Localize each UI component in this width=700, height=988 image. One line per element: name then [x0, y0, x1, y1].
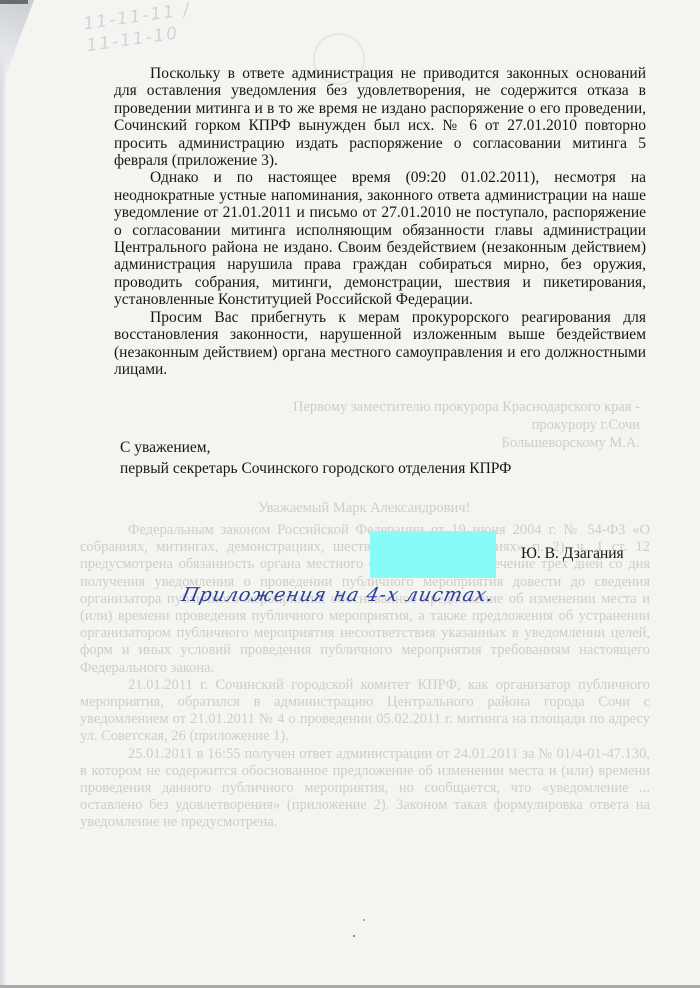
paragraph-1: Поскольку в ответе администрация не прив… [114, 65, 646, 169]
signer-title: первый секретарь Сочинского городского о… [120, 458, 511, 479]
bleed-address-line: Первому заместителю прокурора Краснодарс… [230, 398, 640, 416]
signer-name: Ю. В. Дзагания [521, 545, 624, 563]
closing-salutation: С уважением, [120, 437, 511, 458]
scanned-page: 11-11-11 / 11-11-10 Первому заместителю … [0, 0, 700, 988]
pencil-mark: 11-11-11 / 11-11-10 [82, 0, 208, 63]
page-corner-fold [0, 0, 34, 90]
closing-block: С уважением, первый секретарь Сочинского… [120, 437, 511, 479]
page-left-edge [0, 0, 6, 988]
bleed-paragraph: 25.01.2011 в 16:55 получен ответ админис… [80, 746, 650, 832]
speck [363, 919, 365, 921]
scan-shadow [0, 0, 28, 4]
bleed-through-body: Федеральным законом Российской Федерации… [80, 522, 650, 832]
bleed-paragraph: 21.01.2011 г. Сочинский городской комите… [80, 677, 650, 746]
redaction-box [370, 531, 496, 578]
paragraph-3: Просим Вас прибегнуть к мерам прокурорск… [114, 309, 646, 379]
speck [353, 935, 355, 937]
handwritten-attachments-note: Приложения на 4-х листах. [180, 584, 497, 606]
paragraph-2: Однако и по настоящее время (09:20 01.02… [114, 169, 646, 308]
letter-body: Поскольку в ответе администрация не прив… [114, 65, 646, 378]
bleed-address-line: прокурору г.Сочи [230, 416, 640, 434]
bleed-through-greeting: Уважаемый Марк Александрович! [258, 500, 470, 517]
